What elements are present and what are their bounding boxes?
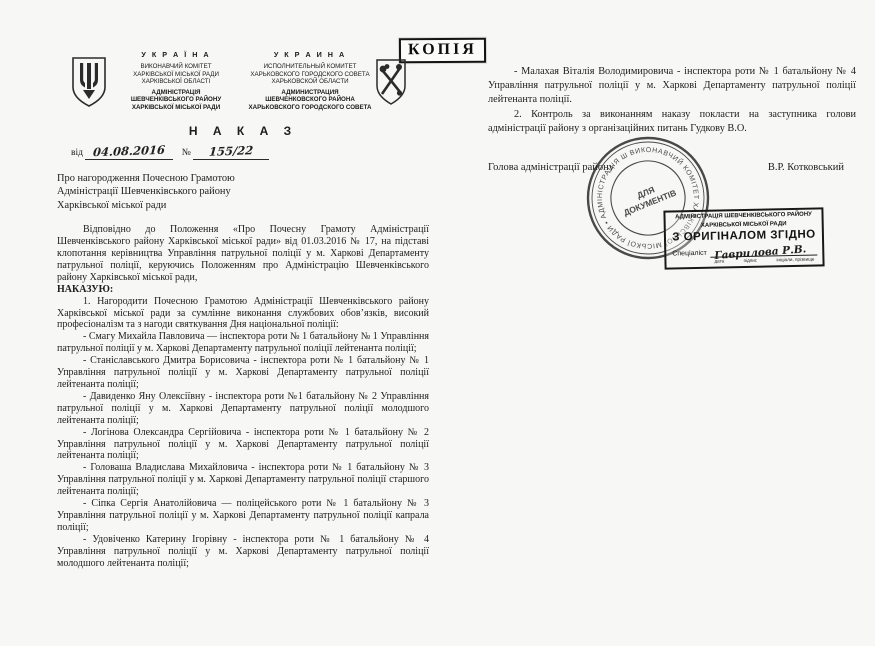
date-field: 04.08.2016 [85,144,173,160]
committee-lines-ru: ИСПОЛНИТЕЛЬНЫЙ КОМИТЕТХАРЬКОВСКОГО ГОРОД… [237,63,383,86]
body-paragraph: - Станіславського Дмитра Борисовича - ін… [57,355,429,391]
body-paragraph: 1. Нагородити Почесною Грамотою Адмініст… [57,296,429,332]
body-paragraph: - Логінова Олександра Сергійовича - інсп… [57,427,429,463]
body-paragraph: - Давиденко Яну Олексіївну - інспектора … [57,391,429,427]
letterhead-line: ХАРКІВСЬКОЇ МІСЬКОЇ РАДИ [103,71,249,79]
subject-line: Харківської міської ради [57,199,429,212]
cert-stamp-title: З ОРИГІНАЛОМ ЗГІДНО [666,228,822,243]
body-paragraph: - Удовіченко Катерину Ігорівну - інспект… [57,534,429,570]
letterhead-line: ШЕВЧЕНКІВСЬКОГО РАЙОНУ [103,96,249,104]
handwritten-number: 155/22 [209,143,254,159]
country-label-ru: У К Р А И Н А [237,50,383,59]
country-label-ua: У К Р А Ї Н А [103,50,249,59]
body-paragraph: - Сіпка Сергія Анатолійовича — поліцейсь… [57,498,429,534]
letterhead-line: ВИКОНАВЧИЙ КОМІТЕТ [103,63,249,71]
page-left: У К Р А Ї Н А ВИКОНАВЧИЙ КОМІТЕТХАРКІВСЬ… [57,50,429,570]
number-field: 155/22 [193,144,269,160]
body-paragraph: - Головаша Владислава Михайловича - інсп… [57,462,429,498]
number-sign: № [182,148,191,158]
order-title: Н А К А З [57,124,429,138]
order-date-line: від 04.08.2016 № 155/22 [57,144,429,162]
letterhead-line: ХАРЬКОВСКОГО ГОРОДСКОГО СОВЕТА [237,104,383,112]
order-body-right: - Малахая Віталія Володимировича - інспе… [488,65,856,136]
cert-stamp-specialist-row: Спеціаліст Гаврилова Р.В. [672,242,817,258]
specialist-label: Спеціаліст [672,249,707,258]
letterhead-ua: У К Р А Ї Н А ВИКОНАВЧИЙ КОМІТЕТХАРКІВСЬ… [103,50,249,112]
signature-row: Голова адміністрації району В.Р. Котковс… [488,162,856,173]
letterhead-line: ХАРКІВСЬКОЇ МІСЬКОЇ РАДИ [103,104,249,112]
body-paragraph: Відповідно до Положення «Про Почесну Гра… [57,224,429,284]
page-right: - Малахая Віталія Володимировича - інспе… [488,55,856,173]
body-paragraph: 2. Контроль за виконанням наказу покласт… [488,108,856,136]
body-paragraph: - Малахая Віталія Володимировича - інспе… [488,65,856,108]
scanned-order-document: КОПІЯ У К Р А Ї Н А ВИКОНАВЧИЙ КОМІТЕТХА… [0,0,875,646]
signer-position: Голова адміністрації району [488,162,614,173]
order-body-left: Відповідно до Положення «Про Почесну Гра… [57,224,429,569]
letterhead-line: ШЕВЧЕНКОВСКОГО РАЙОНА [237,96,383,104]
order-subject: Про нагородження Почесною ГрамотоюАдміні… [57,172,429,212]
admin-lines-ru: АДМИНИСТРАЦИЯШЕВЧЕНКОВСКОГО РАЙОНАХАРЬКО… [237,89,383,112]
signature-line: Гаврилова Р.В. [710,242,818,257]
certified-true-copy-stamp: АДМІНІСТРАЦІЯ ШЕВЧЕНКІВСЬКОГО РАЙОНУ ХАР… [663,207,824,269]
letterhead: У К Р А Ї Н А ВИКОНАВЧИЙ КОМІТЕТХАРКІВСЬ… [57,50,429,120]
handwritten-date: 04.08.2016 [93,143,166,160]
body-paragraph: - Смагу Михайла Павловича — інспектора р… [57,331,429,355]
subject-line: Адміністрації Шевченківського району [57,185,429,198]
signer-name: В.Р. Котковський [768,162,844,173]
date-prefix: від [71,148,83,158]
letterhead-line: ИСПОЛНИТЕЛЬНЫЙ КОМИТЕТ [237,63,383,71]
kharkiv-coat-of-arms-icon [373,58,409,106]
subject-line: Про нагородження Почесною Грамотою [57,172,429,185]
letterhead-line: ХАРЬКОВСКОЙ ОБЛАСТИ [237,78,383,86]
seal-center-line1: ДЛЯ [635,184,656,200]
admin-lines-ua: АДМІНІСТРАЦІЯШЕВЧЕНКІВСЬКОГО РАЙОНУХАРКІ… [103,89,249,112]
letterhead-ru: У К Р А И Н А ИСПОЛНИТЕЛЬНЫЙ КОМИТЕТХАРЬ… [237,50,383,112]
committee-lines-ua: ВИКОНАВЧИЙ КОМІТЕТХАРКІВСЬКОЇ МІСЬКОЇ РА… [103,63,249,86]
body-paragraph: НАКАЗУЮ: [57,284,429,296]
letterhead-line: ХАРКІВСЬКОЇ ОБЛАСТІ [103,78,249,86]
